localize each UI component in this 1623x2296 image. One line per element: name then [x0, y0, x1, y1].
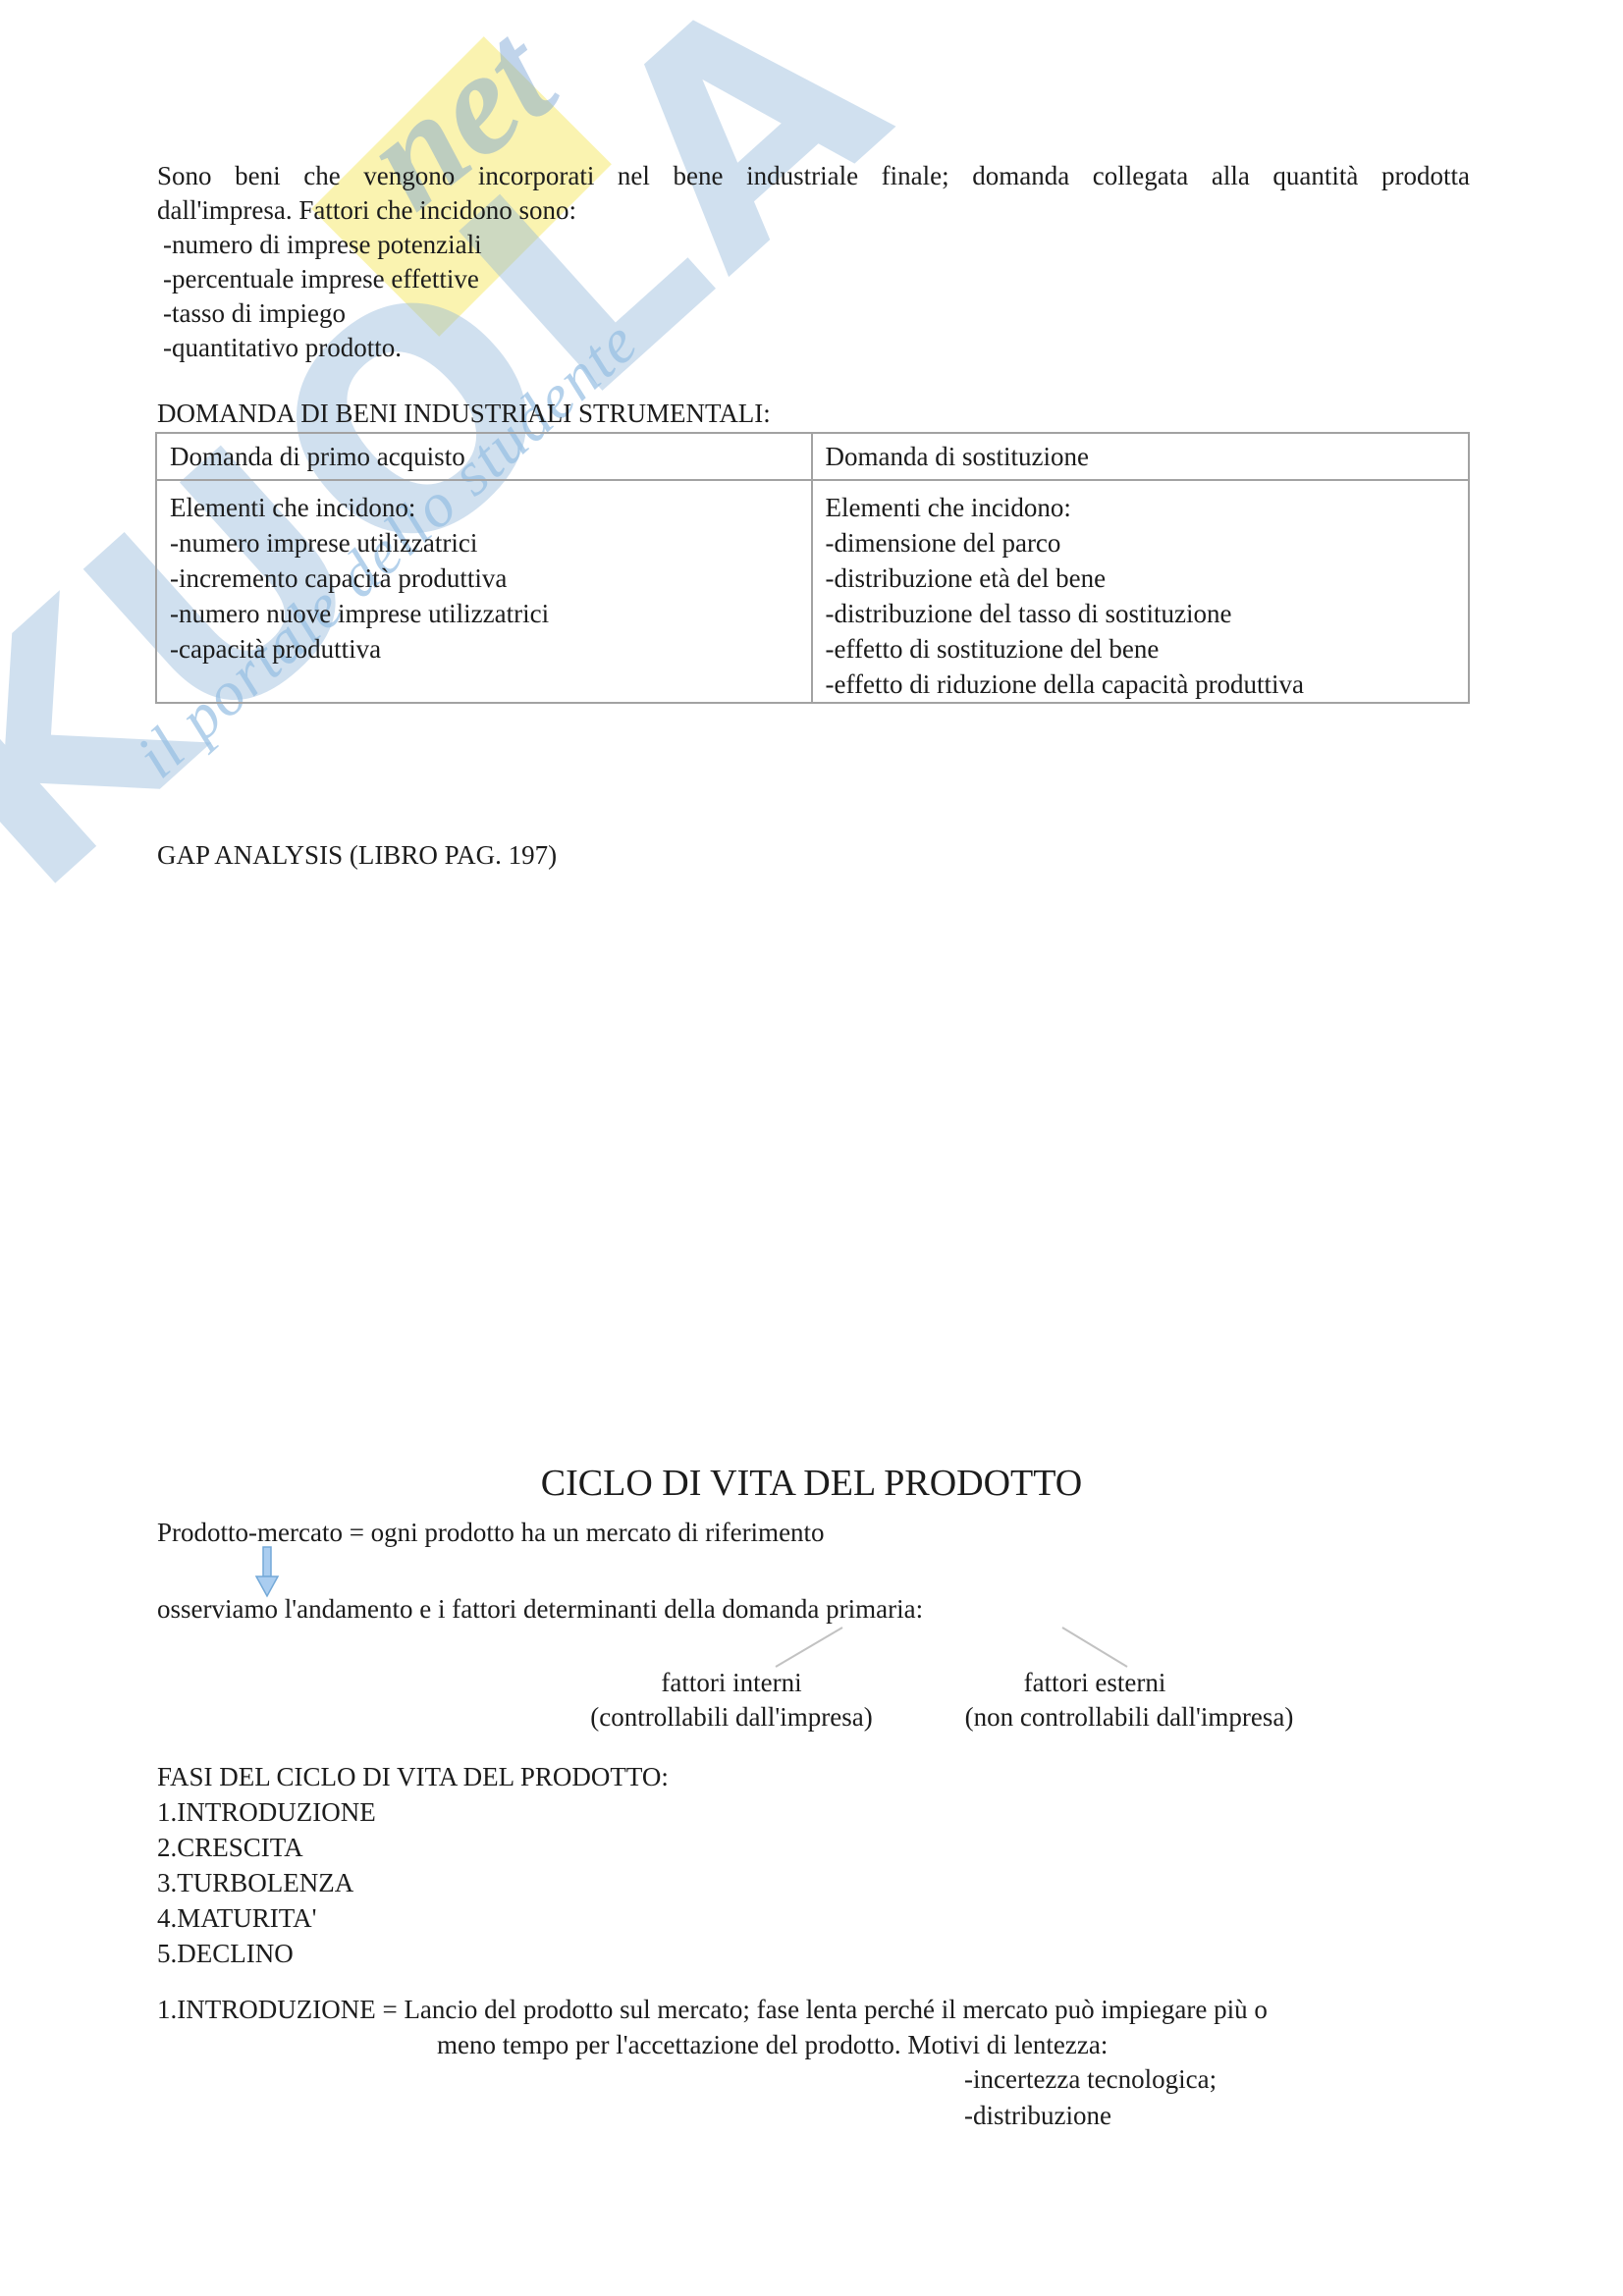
table-line: -numero imprese utilizzatrici [170, 525, 811, 561]
table-line: Elementi che incidono: [170, 490, 811, 525]
branch-internal-factors: fattori interni (controllabili dall'impr… [550, 1666, 913, 1735]
table-header-primo-acquisto: Domanda di primo acquisto [157, 434, 813, 481]
phase-item: 4.MATURITA' [157, 1900, 669, 1936]
fork-lines [776, 1628, 1127, 1667]
table-line: -capacità produttiva [170, 631, 811, 667]
phases-block: FASI DEL CICLO DI VITA DEL PRODOTTO: 1.I… [157, 1759, 669, 1971]
intro-line-1: Sono beni che vengono incorporati nel be… [157, 159, 1470, 193]
reason-item: -incertezza tecnologica; [964, 2061, 1217, 2098]
table-line: -incremento capacità produttiva [170, 561, 811, 596]
phases-heading: FASI DEL CICLO DI VITA DEL PRODOTTO: [157, 1759, 669, 1794]
phase-item: 3.TURBOLENZA [157, 1865, 669, 1900]
down-arrow-icon [256, 1547, 278, 1596]
phase-item: 1.INTRODUZIONE [157, 1794, 669, 1830]
reason-item: -distribuzione [964, 2098, 1217, 2134]
prodotto-mercato-line: Prodotto-mercato = ogni prodotto ha un m… [157, 1516, 825, 1550]
factor-item: -percentuale imprese effettive [157, 262, 1470, 296]
phase-item: 2.CRESCITA [157, 1830, 669, 1865]
demand-section-heading: DOMANDA DI BENI INDUSTRIALI STRUMENTALI: [157, 397, 771, 431]
slowness-reasons-list: -incertezza tecnologica;-distribuzione [964, 2061, 1217, 2134]
intro-line-2: dall'impresa. Fattori che incidono sono: [157, 193, 1470, 228]
table-line: -effetto di riduzione della capacità pro… [826, 667, 1469, 702]
document-content: Sono beni che vengono incorporati nel be… [0, 0, 1623, 2296]
intro-paragraph: Sono beni che vengono incorporati nel be… [157, 159, 1470, 365]
demand-table: Domanda di primo acquisto Domanda di sos… [155, 432, 1470, 704]
introduzione-detail-line1: 1.INTRODUZIONE = Lancio del prodotto sul… [157, 1993, 1268, 2027]
table-line: Elementi che incidono: [826, 490, 1469, 525]
table-line: -distribuzione del tasso di sostituzione [826, 596, 1469, 631]
factor-item: -numero di imprese potenziali [157, 228, 1470, 262]
gap-analysis-note: GAP ANALYSIS (LIBRO PAG. 197) [157, 838, 557, 873]
table-line: -dimensione del parco [826, 525, 1469, 561]
introduzione-detail-line2: meno tempo per l'accettazione del prodot… [437, 2028, 1108, 2062]
branch-external-sub: (non controllabili dall'impresa) [913, 1700, 1345, 1735]
branch-external-label: fattori esterni [879, 1666, 1311, 1700]
table-line: -effetto di sostituzione del bene [826, 631, 1469, 667]
table-line: -distribuzione età del bene [826, 561, 1469, 596]
factor-item: -tasso di impiego [157, 296, 1470, 331]
lifecycle-title: CICLO DI VITA DEL PRODOTTO [0, 1460, 1623, 1507]
osserviamo-line: osserviamo l'andamento e i fattori deter… [157, 1592, 923, 1627]
branch-internal-label: fattori interni [550, 1666, 913, 1700]
branch-external-factors: fattori esterni (non controllabili dall'… [913, 1666, 1345, 1735]
table-header-sostituzione: Domanda di sostituzione [813, 434, 1469, 481]
intro-factor-list: -numero di imprese potenziali-percentual… [157, 228, 1470, 365]
phase-item: 5.DECLINO [157, 1936, 669, 1971]
table-line: -numero nuove imprese utilizzatrici [170, 596, 811, 631]
phases-list: 1.INTRODUZIONE2.CRESCITA3.TURBOLENZA4.MA… [157, 1794, 669, 1971]
table-cell-sostituzione: Elementi che incidono:-dimensione del pa… [813, 481, 1469, 702]
table-cell-primo-acquisto: Elementi che incidono:-numero imprese ut… [157, 481, 813, 702]
branch-internal-sub: (controllabili dall'impresa) [550, 1700, 913, 1735]
document-page: SKUOLA net il portale dello studente Son… [0, 0, 1623, 2296]
factor-item: -quantitativo prodotto. [157, 331, 1470, 365]
